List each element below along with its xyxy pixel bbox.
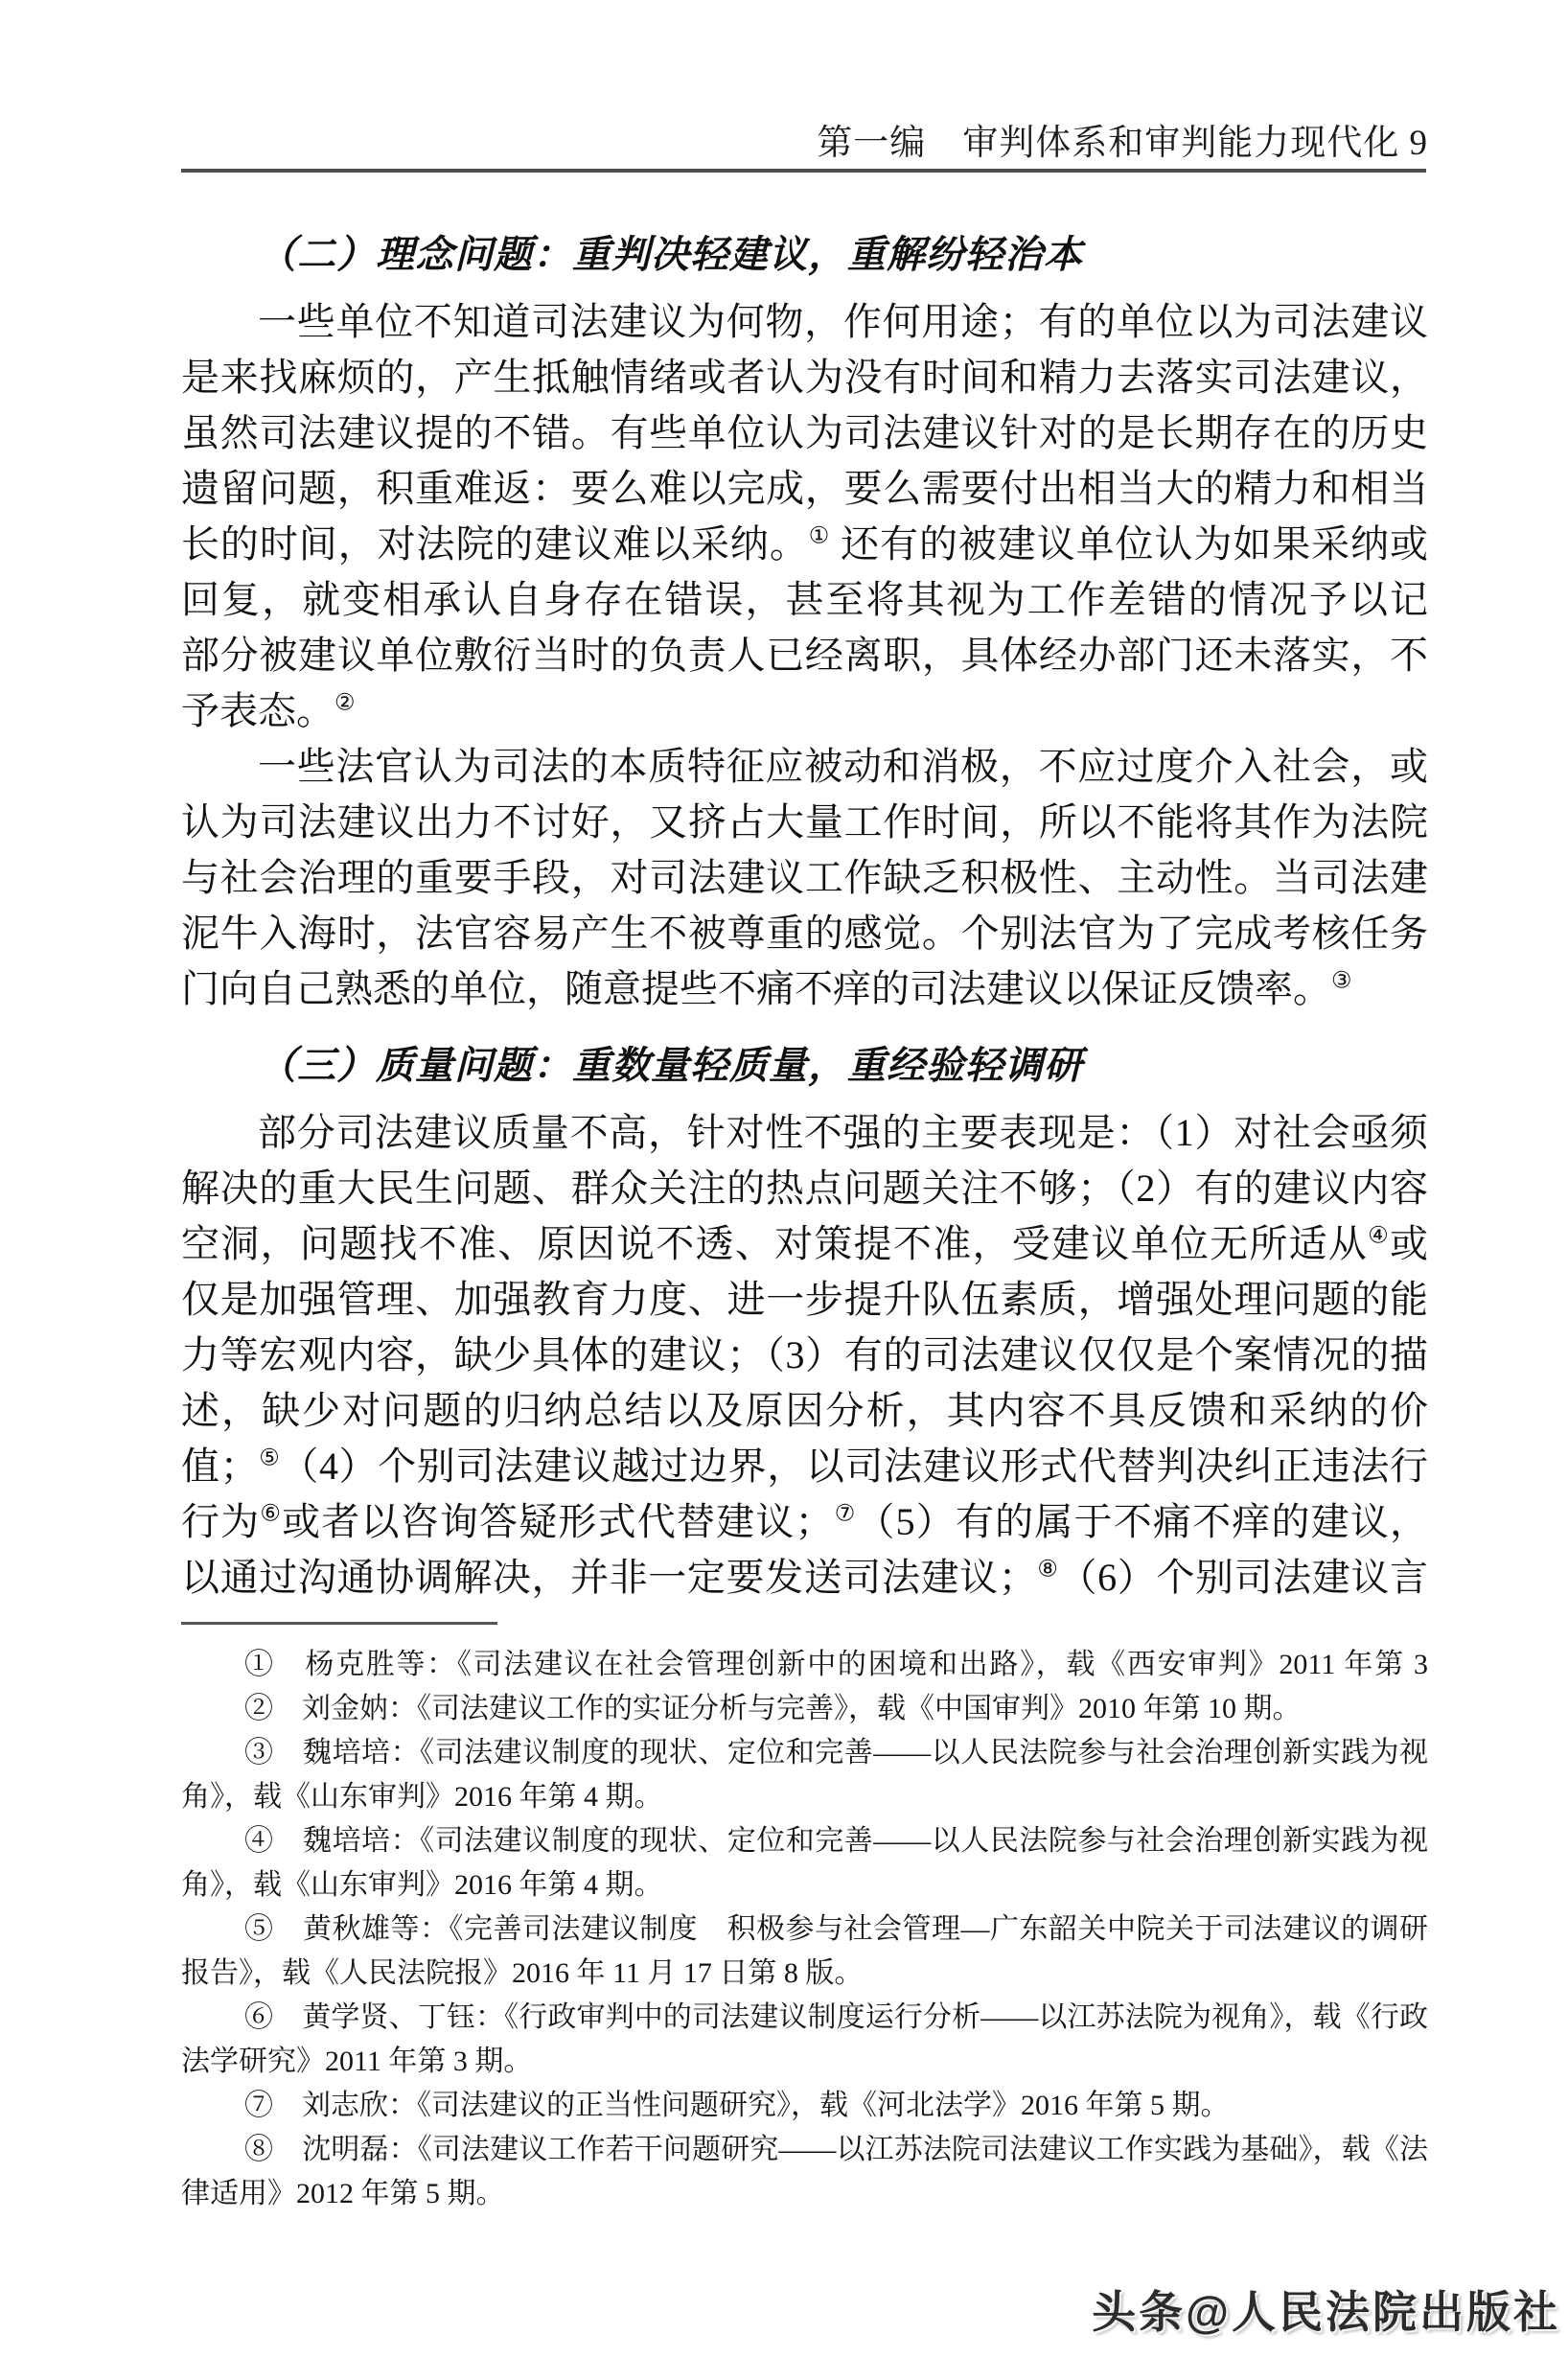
running-head: 第一编 审判体系和审判能力现代化 9: [181, 113, 1428, 165]
section-heading-3: （三）质量问题：重数量轻质量，重经验轻调研: [181, 1038, 1428, 1094]
footnote-line: ④ 魏培培：《司法建议制度的现状、定位和完善——以人民法院参与社会治理创新实践为…: [181, 1819, 1428, 1863]
paragraph: 部分司法建议质量不高，针对性不强的主要表现是：（1）对社会亟须 解决的重大民生问…: [181, 1105, 1428, 1606]
footnote-line: ③ 魏培培：《司法建议制度的现状、定位和完善——以人民法院参与社会治理创新实践为…: [181, 1731, 1428, 1775]
footnote-line: 角》，载《山东审判》2016 年第 4 期。: [181, 1775, 1428, 1819]
footnote-rule: [181, 1622, 497, 1625]
watermark: 头条@人民法院出版社: [1092, 2277, 1560, 2341]
section-heading-2: （二）理念问题：重判决轻建议，重解纷轻治本: [181, 227, 1428, 283]
body-line: 力等宏观内容，缺少具体的建议；（3）有的司法建议仅仅是个案情况的描: [181, 1328, 1428, 1383]
body-line: 空洞，问题找不准、原因说不透、对策提不准，受建议单位无所适从④或者: [181, 1216, 1428, 1272]
body-line: 仅是加强管理、加强教育力度、进一步提升队伍素质，增强处理问题的能: [181, 1272, 1428, 1328]
footnotes: ① 杨克胜等：《司法建议在社会管理创新中的困境和出路》，载《西安审判》2011 …: [181, 1643, 1428, 2216]
header-rule: [181, 169, 1426, 173]
body-line: 回复，就变相承认自身存在错误，甚至将其视为工作差错的情况予以记录。: [181, 572, 1428, 628]
body-line: 虽然司法建议提的不错。有些单位认为司法建议针对的是长期存在的历史: [181, 405, 1428, 461]
footnote-line: ② 刘金妠：《司法建议工作的实证分析与完善》，载《中国审判》2010 年第 10…: [181, 1687, 1428, 1731]
body-line: 认为司法建议出力不讨好，又挤占大量工作时间，所以不能将其作为法院参: [181, 795, 1428, 850]
book-page: 第一编 审判体系和审判能力现代化 9 （二）理念问题：重判决轻建议，重解纷轻治本…: [0, 0, 1568, 2358]
body-line: 长的时间，对法院的建议难以采纳。① 还有的被建议单位认为如果采纳或者: [181, 517, 1428, 572]
footnote-line: 角》，载《山东审判》2016 年第 4 期。: [181, 1863, 1428, 1907]
footnote-line: ⑦ 刘志欣：《司法建议的正当性问题研究》，载《河北法学》2016 年第 5 期。: [181, 2084, 1428, 2128]
footnote-line: ① 杨克胜等：《司法建议在社会管理创新中的困境和出路》，载《西安审判》2011 …: [181, 1643, 1428, 1687]
body-line: 解决的重大民生问题、群众关注的热点问题关注不够；（2）有的建议内容: [181, 1161, 1428, 1216]
body-line: 以通过沟通协调解决，并非一定要发送司法建议；⑧（6）个别司法建议言辞: [181, 1550, 1428, 1606]
body-line: 与社会治理的重要手段，对司法建议工作缺乏积极性、主动性。当司法建议: [181, 850, 1428, 906]
footnote-line: ⑥ 黄学贤、丁钰：《行政审判中的司法建议制度运行分析——以江苏法院为视角》，载《…: [181, 1996, 1428, 2040]
body-line: 泥牛入海时，法官容易产生不被尊重的感觉。个别法官为了完成考核任务专: [181, 906, 1428, 961]
body-line: 部分被建议单位敷衍当时的负责人已经离职，具体经办部门还未落实，不: [181, 628, 1428, 683]
body-line: 部分司法建议质量不高，针对性不强的主要表现是：（1）对社会亟须: [181, 1105, 1428, 1161]
footnote-line: 法学研究》2011 年第 3 期。: [181, 2040, 1428, 2084]
body-line: 一些法官认为司法的本质特征应被动和消极，不应过度介入社会，或者: [181, 739, 1428, 795]
body-line: 值；⑤（4）个别司法建议越过边界，以司法建议形式代替判决纠正违法行政: [181, 1439, 1428, 1494]
body-line: 行为⑥或者以咨询答疑形式代替建议；⑦（5）有的属于不痛不痒的建议，可: [181, 1494, 1428, 1550]
footnote-line: ⑧ 沈明磊：《司法建议工作若干问题研究——以江苏法院司法建议工作实践为基础》，载…: [181, 2128, 1428, 2172]
body-line: 一些单位不知道司法建议为何物，作何用途；有的单位以为司法建议: [181, 294, 1428, 350]
body-line: 是来找麻烦的，产生抵触情绪或者认为没有时间和精力去落实司法建议，: [181, 350, 1428, 405]
paragraph: 一些法官认为司法的本质特征应被动和消极，不应过度介入社会，或者 认为司法建议出力…: [181, 739, 1428, 1017]
body-line: 遗留问题，积重难返：要么难以完成，要么需要付出相当大的精力和相当: [181, 461, 1428, 517]
footnote-line: 报告》，载《人民法院报》2016 年 11 月 17 日第 8 版。: [181, 1952, 1428, 1996]
footnote-line: 律适用》2012 年第 5 期。: [181, 2172, 1428, 2216]
body-line: 门向自己熟悉的单位，随意提些不痛不痒的司法建议以保证反馈率。③: [181, 961, 1428, 1017]
page-content: （二）理念问题：重判决轻建议，重解纷轻治本 一些单位不知道司法建议为何物，作何用…: [181, 206, 1428, 1606]
body-line: 述，缺少对问题的归纳总结以及原因分析，其内容不具反馈和采纳的价: [181, 1383, 1428, 1439]
footnote-line: ⑤ 黄秋雄等：《完善司法建议制度 积极参与社会管理—广东韶关中院关于司法建议的调…: [181, 1907, 1428, 1952]
paragraph: 一些单位不知道司法建议为何物，作何用途；有的单位以为司法建议 是来找麻烦的，产生…: [181, 294, 1428, 739]
body-line: 予表态。②: [181, 683, 1428, 739]
